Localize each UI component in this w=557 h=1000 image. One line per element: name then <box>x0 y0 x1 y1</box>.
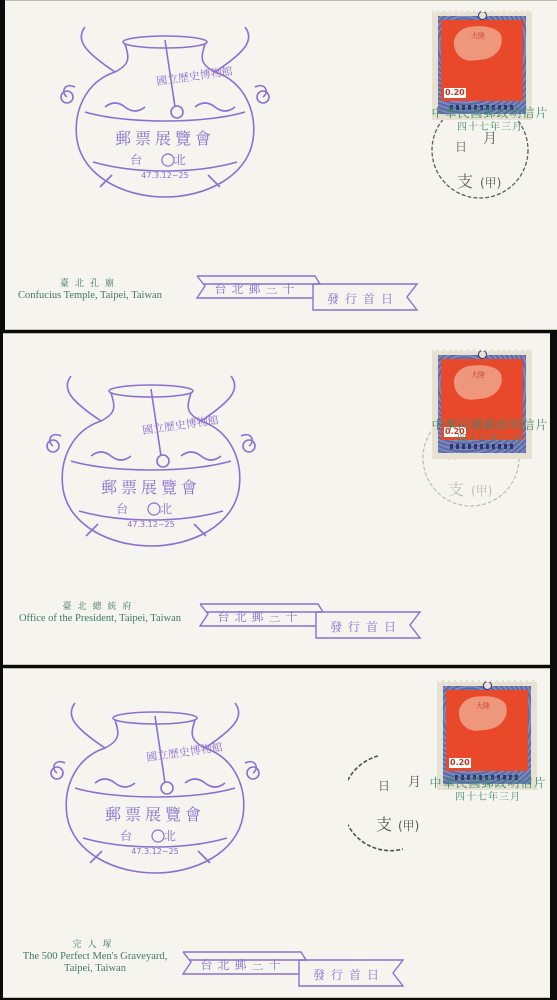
museum-exhibition-cachet: 國立歷史博物館 郵票展覽會 台 北 47.3.12~25 <box>35 688 275 883</box>
svg-text:支: 支 <box>448 480 464 499</box>
svg-text:47.3.12~25: 47.3.12~25 <box>127 520 174 529</box>
postal-card-imprint: 中華民國郵政明信片 四十七年三月 <box>423 775 553 805</box>
svg-text:國立歷史博物館: 國立歷史博物館 <box>155 64 233 89</box>
postal-card-imprint: 中華民國郵政明信片 四十七年三月 <box>425 417 555 447</box>
stamp-denomination: 0.20 <box>449 758 471 768</box>
svg-text:國立歷史博物館: 國立歷史博物館 <box>141 413 219 438</box>
first-day-banner: 台北郵三十 發行首日 <box>181 948 411 990</box>
svg-text:支: 支 <box>457 172 473 191</box>
caption-chinese: 臺北總統府 <box>5 601 195 613</box>
svg-text:郵票展覽會: 郵票展覽會 <box>115 129 215 148</box>
card-caption: 完人塚 The 500 Perfect Men's Graveyard, Tai… <box>15 939 175 975</box>
postcard-3: 國立歷史博物館 郵票展覽會 台 北 47.3.12~25 完人塚 The 500… <box>3 668 550 998</box>
svg-text:郵票展覽會: 郵票展覽會 <box>105 805 205 824</box>
svg-text:台北郵三十: 台北郵三十 <box>214 281 299 296</box>
svg-text:支: 支 <box>376 815 392 834</box>
caption-english-line1: The 500 Perfect Men's Graveyard, <box>15 951 175 963</box>
first-day-banner: 台北郵三十 發行首日 <box>195 272 425 314</box>
museum-exhibition-cachet: 國立歷史博物館 郵票展覽會 台 北 47.3.12~25 <box>31 361 271 556</box>
svg-text:(甲): (甲) <box>471 484 492 498</box>
svg-text:郵票展覽會: 郵票展覽會 <box>101 478 201 497</box>
caption-english: Confucius Temple, Taipei, Taiwan <box>15 290 165 302</box>
caption-english: Office of the President, Taipei, Taiwan <box>5 613 195 625</box>
sun-emblem-icon <box>483 681 492 690</box>
caption-chinese: 臺北孔廟 <box>15 278 165 290</box>
svg-text:發行首日: 發行首日 <box>327 291 399 306</box>
vase-icon: 國立歷史博物館 郵票展覽會 台 北 47.3.12~25 <box>45 12 285 207</box>
first-day-banner: 台北郵三十 發行首日 <box>198 600 428 642</box>
caption-chinese: 完人塚 <box>15 939 175 951</box>
svg-text:月: 月 <box>408 775 421 790</box>
card-caption: 臺北總統府 Office of the President, Taipei, T… <box>5 601 195 625</box>
svg-text:日: 日 <box>378 779 390 793</box>
svg-text:國立歷史博物館: 國立歷史博物館 <box>145 740 223 765</box>
svg-text:台北郵三十: 台北郵三十 <box>217 609 302 624</box>
svg-text:(甲): (甲) <box>398 819 419 833</box>
svg-text:47.3.12~25: 47.3.12~25 <box>141 171 188 180</box>
postage-stamp: 大陸 0.20 <box>432 10 532 120</box>
svg-text:日: 日 <box>455 140 467 154</box>
svg-text:發行首日: 發行首日 <box>330 619 402 634</box>
vase-icon: 國立歷史博物館 郵票展覽會 台 北 47.3.12~25 <box>35 688 275 883</box>
postal-card-imprint: 中華民國郵政明信片 四十七年三月 <box>425 105 555 135</box>
postcard-1: 國立歷史博物館 郵票展覽會 台 北 47.3.12~25 臺北孔廟 Confuc… <box>5 0 557 330</box>
sun-emblem-icon <box>478 350 487 359</box>
svg-text:(甲): (甲) <box>480 176 501 190</box>
svg-text:發行首日: 發行首日 <box>313 967 385 982</box>
postage-stamp: 大陸 0.20 <box>437 680 537 790</box>
vase-icon: 國立歷史博物館 郵票展覽會 台 北 47.3.12~25 <box>31 361 271 556</box>
museum-exhibition-cachet: 國立歷史博物館 郵票展覽會 台 北 47.3.12~25 <box>45 12 285 207</box>
caption-english-line2: Taipei, Taiwan <box>15 963 175 975</box>
svg-text:台北郵三十: 台北郵三十 <box>200 957 285 972</box>
sun-emblem-icon <box>478 11 487 20</box>
stamp-denomination: 0.20 <box>444 88 466 98</box>
postcard-2: 國立歷史博物館 郵票展覽會 台 北 47.3.12~25 臺北總統府 Offic… <box>3 333 550 665</box>
svg-text:47.3.12~25: 47.3.12~25 <box>131 847 178 856</box>
card-caption: 臺北孔廟 Confucius Temple, Taipei, Taiwan <box>15 278 165 302</box>
